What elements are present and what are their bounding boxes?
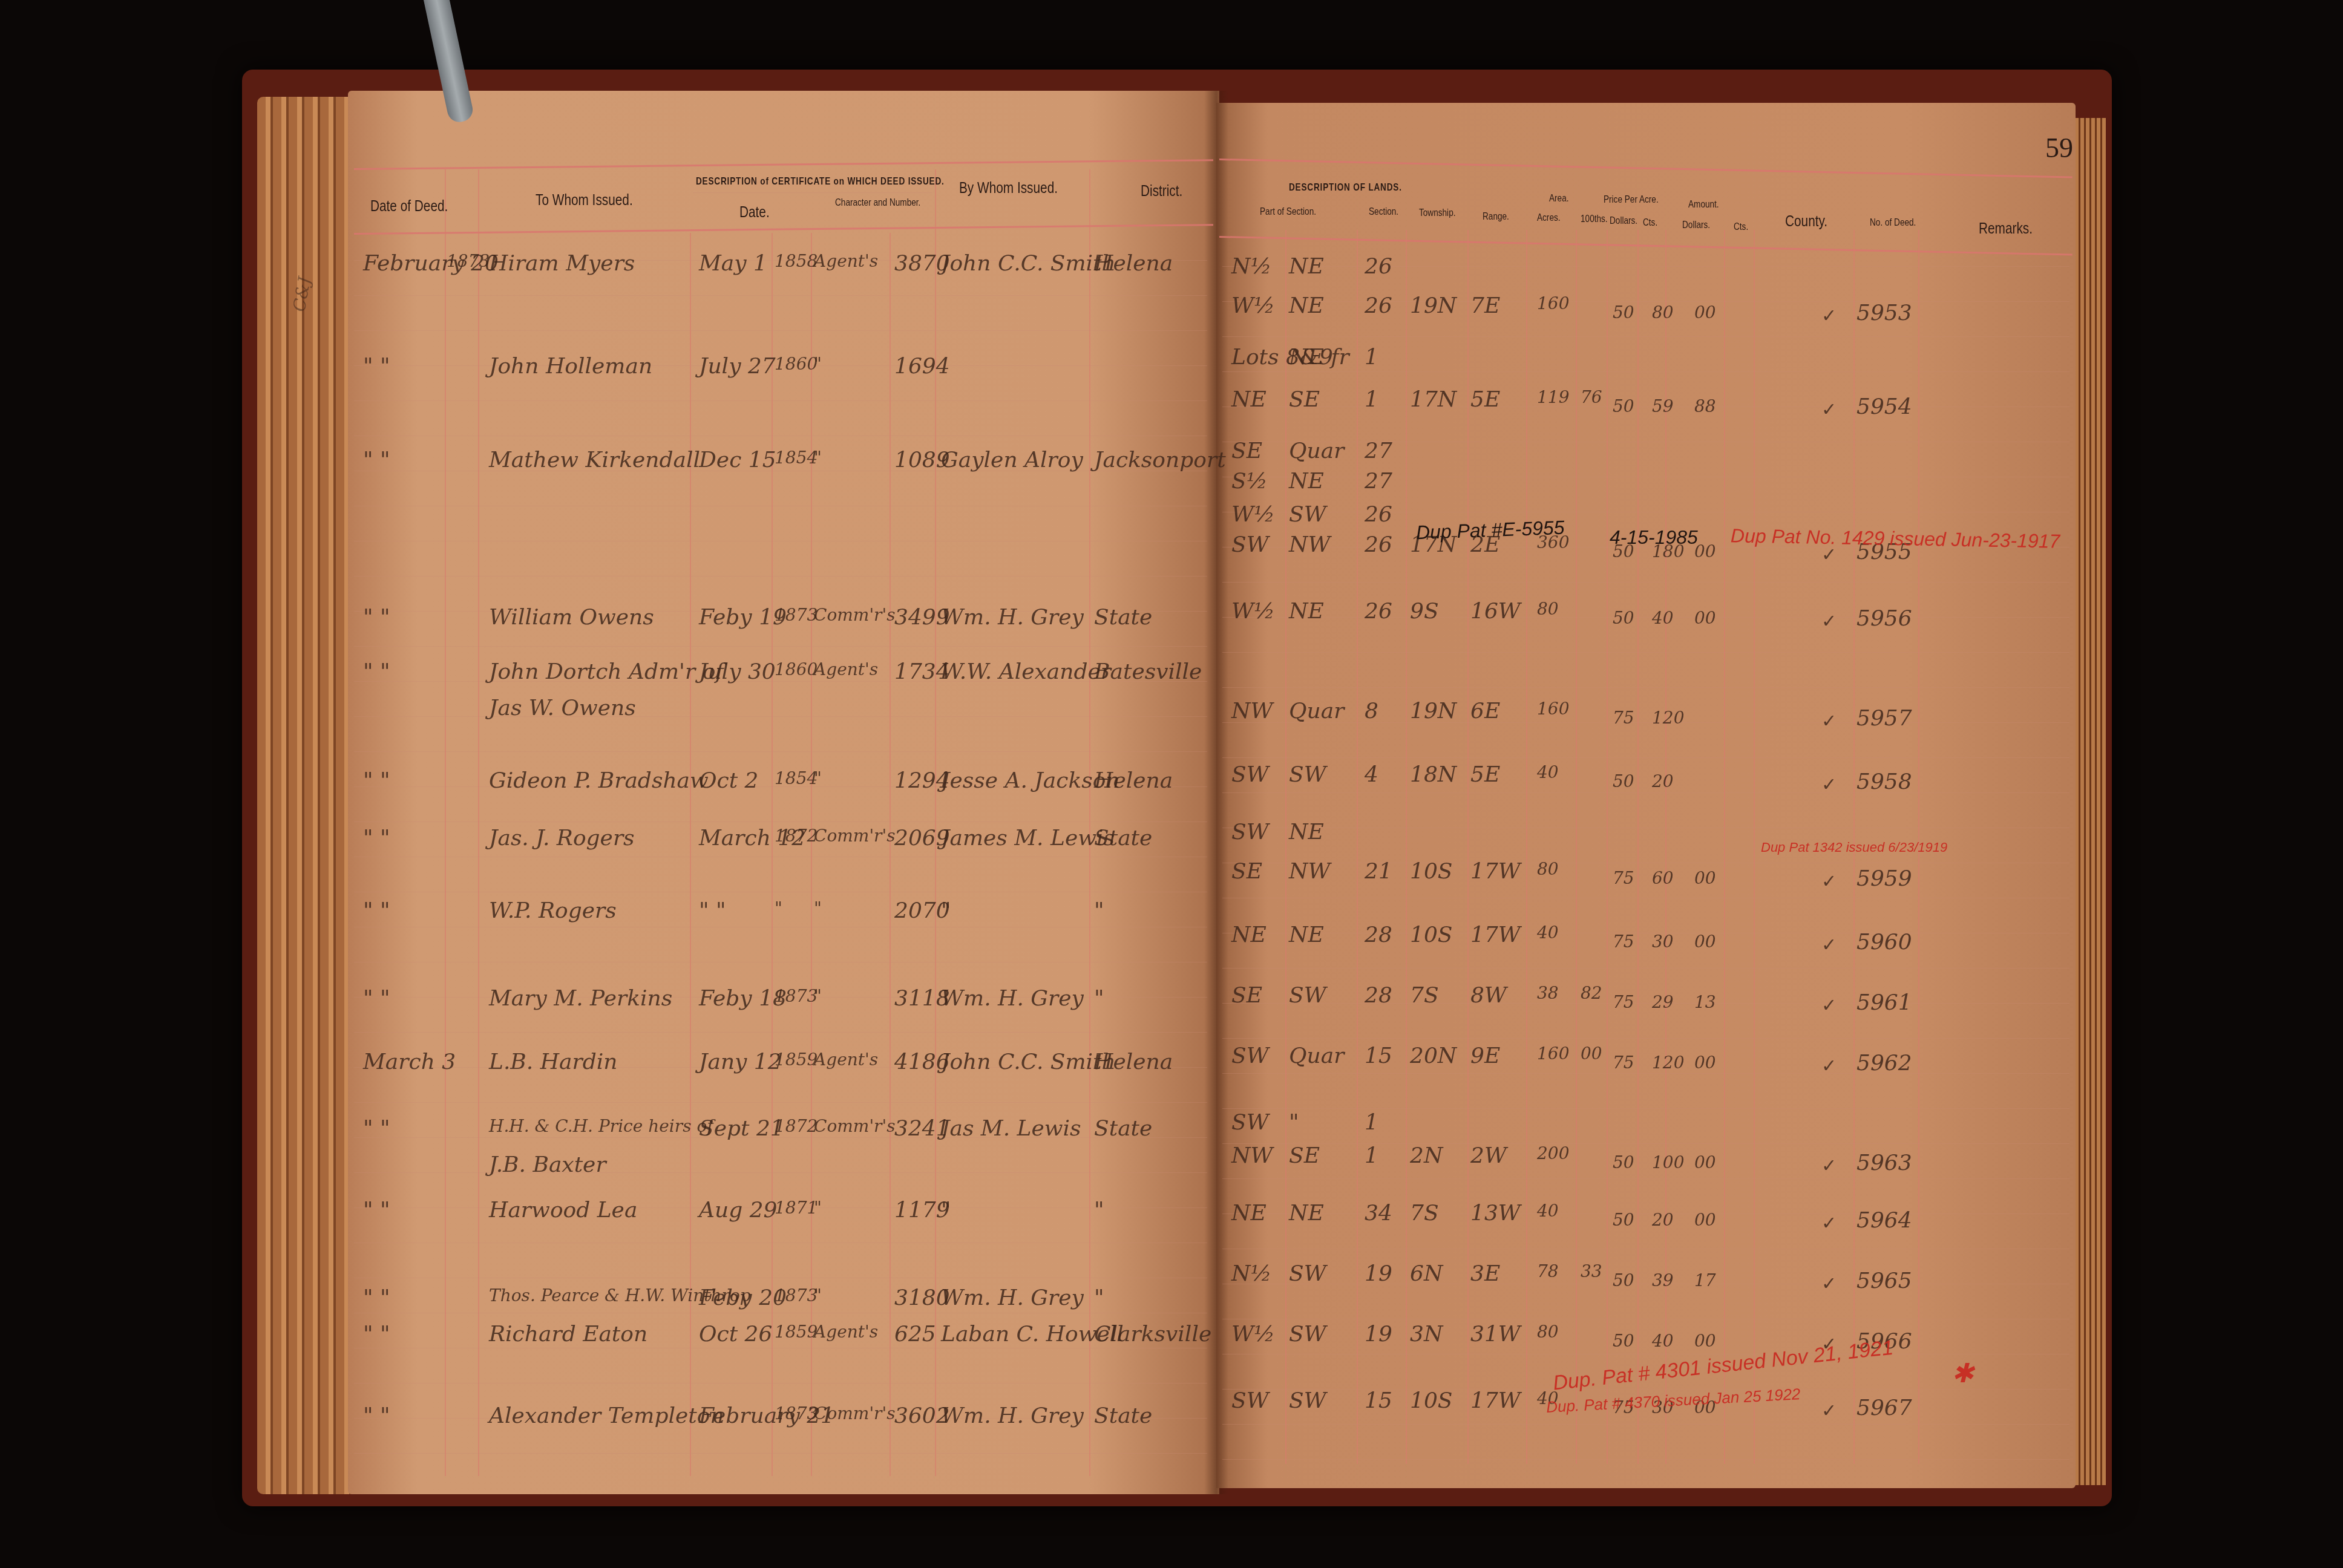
- part-of-section: SW: [1231, 1110, 1269, 1135]
- range: 9E: [1470, 1044, 1500, 1068]
- right-column-rule: [1406, 230, 1407, 1464]
- cert-character: ": [814, 1285, 822, 1305]
- faint-row-line: [1222, 898, 2069, 898]
- cert-date: July 30: [699, 659, 776, 684]
- cert-year: 1859: [775, 1322, 818, 1342]
- header-acres: Acres.: [1537, 212, 1561, 224]
- faint-row-line: [1222, 933, 2069, 933]
- quarter: Quar: [1289, 1044, 1344, 1068]
- cert-year: 1860: [775, 354, 818, 374]
- district: State: [1094, 1116, 1152, 1141]
- part-of-section: SE: [1231, 983, 1262, 1008]
- acres: 119: [1537, 387, 1569, 407]
- township: 7S: [1410, 983, 1439, 1008]
- section: 1: [1365, 345, 1378, 370]
- cert-year: 1872: [775, 826, 818, 846]
- faint-row-line: [354, 436, 1207, 436]
- cert-date: Dec 15: [699, 448, 776, 472]
- county-check-icon: ✓: [1821, 1273, 1837, 1295]
- faint-row-line: [1222, 301, 2069, 302]
- price-dollars: 50: [1613, 1210, 1634, 1230]
- grantee-name: Alexander Templeton: [489, 1403, 724, 1428]
- district: Helena: [1094, 1050, 1173, 1074]
- acres-hundredths: 33: [1581, 1261, 1602, 1281]
- amount-dollars: 00: [1694, 1152, 1716, 1172]
- faint-row-line: [1222, 1354, 2069, 1354]
- faint-row-line: [1222, 371, 2069, 372]
- deed-date: " ": [363, 605, 390, 630]
- right-column-rule: [1576, 230, 1577, 1464]
- district: ": [1094, 1198, 1104, 1223]
- price-dollars: 75: [1613, 992, 1634, 1012]
- acres: 160: [1537, 699, 1569, 719]
- cert-year: ": [775, 898, 782, 918]
- deed-number: 5961: [1856, 990, 1912, 1015]
- quarter: SW: [1289, 502, 1326, 527]
- deed-date: " ": [363, 354, 390, 379]
- county-check-icon: ✓: [1821, 995, 1837, 1016]
- faint-row-line: [1222, 968, 2069, 969]
- cert-date: Sept 21: [699, 1116, 784, 1141]
- header-amount-dollars: Dollars.: [1682, 219, 1710, 231]
- cert-year: 1872: [775, 1116, 818, 1136]
- cert-date: Feby 19: [699, 605, 787, 630]
- section: 27: [1365, 439, 1392, 463]
- range: 13W: [1470, 1201, 1521, 1226]
- acres: 160: [1537, 293, 1569, 313]
- district: State: [1094, 1403, 1152, 1428]
- amount-dollars: 00: [1694, 868, 1716, 888]
- grantee-name: Jas. J. Rogers: [489, 826, 635, 851]
- header-cert-date: Date.: [739, 203, 770, 221]
- faint-row-line: [354, 1032, 1207, 1033]
- page-number: 59: [2045, 132, 2073, 164]
- price-cents: 120: [1652, 1053, 1684, 1073]
- quarter: NW: [1289, 859, 1331, 884]
- part-of-section: SW: [1231, 1044, 1269, 1068]
- cert-number: 1694: [894, 354, 950, 379]
- district: State: [1094, 605, 1152, 630]
- faint-row-line: [1222, 1459, 2069, 1460]
- faint-row-line: [1222, 512, 2069, 512]
- county-check-icon: ✓: [1821, 711, 1837, 732]
- cert-year: 1873: [775, 1403, 818, 1423]
- header-character-number: Character and Number.: [835, 197, 920, 209]
- faint-row-line: [1222, 1284, 2069, 1284]
- range: 8W: [1470, 983, 1507, 1008]
- quarter: ": [1289, 1110, 1299, 1135]
- grantee-name: Mathew Kirkendall: [489, 448, 700, 472]
- annotation-red-5959: Dup Pat 1342 issued 6/23/1919: [1761, 840, 1947, 855]
- cert-character: Comm'r's: [814, 605, 896, 625]
- deed-number: 5963: [1856, 1151, 1912, 1175]
- right-page: [1216, 103, 2076, 1488]
- cert-date: Aug 29: [699, 1198, 777, 1223]
- header-hundredths: 100ths.: [1581, 213, 1608, 225]
- cert-date: " ": [699, 898, 726, 923]
- part-of-section: S½: [1231, 469, 1268, 494]
- issued-by: James M. Lewis: [941, 826, 1115, 851]
- deed-number: 5953: [1856, 301, 1912, 325]
- range: 17W: [1470, 1388, 1521, 1413]
- acres: 80: [1537, 1322, 1559, 1342]
- section: 15: [1365, 1044, 1392, 1068]
- section: 26: [1365, 293, 1392, 318]
- acres-hundredths: 76: [1581, 387, 1602, 407]
- quarter: SW: [1289, 1322, 1326, 1347]
- faint-row-line: [1222, 477, 2069, 477]
- faint-row-line: [1222, 442, 2069, 442]
- part-of-section: NW: [1231, 699, 1273, 724]
- quarter: Quar: [1289, 699, 1344, 724]
- faint-row-line: [354, 716, 1207, 717]
- range: 7E: [1470, 293, 1500, 318]
- section: 27: [1365, 469, 1392, 494]
- section: 1: [1365, 1143, 1378, 1168]
- issued-by: Wm. H. Grey: [941, 1285, 1084, 1310]
- district: ": [1094, 1285, 1104, 1310]
- deed-number: 5964: [1856, 1208, 1912, 1233]
- header-county: County.: [1785, 212, 1827, 230]
- issued-by: W.W. Alexander: [941, 659, 1111, 684]
- certificate-group-divider: [693, 192, 932, 193]
- range: 17W: [1470, 859, 1521, 884]
- county-check-icon: ✓: [1821, 1155, 1837, 1177]
- section: 28: [1365, 983, 1392, 1008]
- deed-date: " ": [363, 1403, 390, 1428]
- grantee-name: Richard Eaton: [489, 1322, 647, 1347]
- cert-date: July 27: [699, 354, 776, 379]
- deed-number: 5956: [1856, 606, 1912, 631]
- county-check-icon: ✓: [1821, 611, 1837, 632]
- faint-row-line: [1222, 1214, 2069, 1214]
- quarter: SE: [1289, 387, 1320, 412]
- deed-date: " ": [363, 1285, 390, 1310]
- faint-row-line: [354, 541, 1207, 541]
- range: 3E: [1470, 1261, 1500, 1286]
- right-column-rule: [1637, 230, 1639, 1464]
- range: 6E: [1470, 699, 1500, 724]
- price-cents: 30: [1652, 932, 1674, 952]
- faint-row-line: [354, 1383, 1207, 1383]
- district: ": [1094, 898, 1104, 923]
- quarter: SW: [1289, 1261, 1326, 1286]
- faint-row-line: [354, 1172, 1207, 1173]
- section: 8: [1365, 699, 1378, 724]
- acres: 40: [1537, 762, 1559, 782]
- header-by-whom-issued: By Whom Issued.: [959, 178, 1058, 197]
- deed-date: " ": [363, 1322, 390, 1347]
- quarter: SE: [1289, 1143, 1320, 1168]
- faint-row-line: [354, 857, 1207, 857]
- cert-year: 1873: [775, 986, 818, 1006]
- header-price-cents: Cts.: [1643, 217, 1657, 229]
- faint-row-line: [1222, 1424, 2069, 1425]
- price-cents: 39: [1652, 1270, 1674, 1290]
- acres: 38: [1537, 983, 1559, 1003]
- acres: 160: [1537, 1044, 1569, 1063]
- issued-by: John C.C. Smith: [941, 1050, 1116, 1074]
- quarter: NE: [1289, 820, 1324, 844]
- part-of-section: NW: [1231, 1143, 1273, 1168]
- part-of-section: N½: [1231, 254, 1271, 279]
- amount-dollars: 00: [1694, 1331, 1716, 1351]
- issued-by: ": [941, 1198, 951, 1223]
- grantee-name-line2: J.B. Baxter: [489, 1152, 606, 1177]
- grantee-name: Hiram Myers: [489, 251, 635, 276]
- faint-row-line: [354, 822, 1207, 822]
- deed-date: " ": [363, 826, 390, 851]
- issued-by: John C.C. Smith: [941, 251, 1116, 276]
- right-column-rule: [1607, 230, 1608, 1464]
- cert-date: Oct 2: [699, 768, 759, 793]
- faint-row-line: [1222, 1108, 2069, 1109]
- quarter: SW: [1289, 1388, 1326, 1413]
- county-check-icon: ✓: [1821, 1213, 1837, 1234]
- township: 20N: [1410, 1044, 1457, 1068]
- district: State: [1094, 826, 1152, 851]
- faint-row-line: [354, 506, 1207, 506]
- cert-year: 1854: [775, 448, 818, 468]
- part-of-section: SW: [1231, 532, 1269, 557]
- cert-date: Oct 26: [699, 1322, 772, 1347]
- faint-row-line: [354, 295, 1207, 296]
- cert-date: May 1: [699, 251, 767, 276]
- cert-character: ": [814, 448, 822, 468]
- header-remarks: Remarks.: [1979, 219, 2033, 238]
- grantee-name: Harwood Lea: [489, 1198, 637, 1223]
- part-of-section: W½: [1231, 502, 1275, 527]
- faint-row-line: [354, 330, 1207, 331]
- faint-row-line: [1222, 407, 2069, 407]
- district: Batesville: [1094, 659, 1202, 684]
- cert-year: 1854: [775, 768, 818, 788]
- faint-row-line: [354, 1348, 1207, 1348]
- amount-dollars: 17: [1694, 1270, 1716, 1290]
- range: 2W: [1470, 1143, 1507, 1168]
- header-part-of-section: Part of Section.: [1260, 206, 1316, 218]
- deed-date: March 3: [363, 1050, 456, 1074]
- faint-row-line: [1222, 722, 2069, 723]
- header-price-per-acre: Price Per Acre.: [1604, 194, 1659, 206]
- header-description-of-lands: DESCRIPTION OF LANDS.: [1289, 181, 1402, 194]
- township: 3N: [1410, 1322, 1443, 1347]
- faint-row-line: [354, 1243, 1207, 1243]
- amount-dollars: 00: [1694, 1210, 1716, 1230]
- faint-row-line: [1222, 792, 2069, 793]
- cert-number: 625: [894, 1322, 936, 1347]
- cert-year: 1859: [775, 1050, 818, 1070]
- section: 26: [1365, 502, 1392, 527]
- faint-row-line: [1222, 1178, 2069, 1179]
- faint-row-line: [1222, 617, 2069, 618]
- deed-date: " ": [363, 1116, 390, 1141]
- acres: 78: [1537, 1261, 1559, 1281]
- cert-character: ": [814, 898, 822, 918]
- township: 17N: [1410, 387, 1457, 412]
- faint-row-line: [354, 927, 1207, 927]
- faint-row-line: [1222, 336, 2069, 337]
- price-cents: 120: [1652, 708, 1684, 728]
- section: 19: [1365, 1322, 1392, 1347]
- cert-character: Comm'r's: [814, 1403, 896, 1423]
- faint-row-line: [1222, 1249, 2069, 1249]
- red-asterisk-mark-icon: ✱: [1951, 1358, 1974, 1389]
- section: 26: [1365, 532, 1392, 557]
- quarter: NE fr: [1289, 345, 1349, 370]
- issued-by: Wm. H. Grey: [941, 605, 1084, 630]
- faint-row-line: [1222, 266, 2069, 267]
- district: Jacksonport: [1094, 448, 1226, 472]
- grantee-name: Gideon P. Bradshaw: [489, 768, 709, 793]
- faint-row-line: [354, 751, 1207, 752]
- acres: 200: [1537, 1143, 1569, 1163]
- header-to-whom-issued: To Whom Issued.: [536, 191, 633, 209]
- deed-number: 5959: [1856, 866, 1912, 891]
- price-dollars: 50: [1613, 302, 1634, 322]
- right-column-rule: [1724, 230, 1725, 1464]
- price-dollars: 75: [1613, 932, 1634, 952]
- range: 5E: [1470, 387, 1500, 412]
- faint-row-line: [354, 962, 1207, 962]
- price-dollars: 50: [1613, 1270, 1634, 1290]
- acres: 80: [1537, 599, 1559, 619]
- cert-character: ": [814, 1198, 822, 1218]
- price-cents: 29: [1652, 992, 1674, 1012]
- price-cents: 80: [1652, 302, 1674, 322]
- right-column-rule: [1526, 230, 1527, 1464]
- part-of-section: N½: [1231, 1261, 1271, 1286]
- acres: 80: [1537, 859, 1559, 879]
- annotation-date-pen: 4-15-1985: [1610, 526, 1698, 549]
- county-check-icon: ✓: [1821, 305, 1837, 327]
- grantee-name: W.P. Rogers: [489, 898, 617, 923]
- issued-by: Wm. H. Grey: [941, 1403, 1084, 1428]
- quarter: SW: [1289, 762, 1326, 787]
- part-of-section: NE: [1231, 1201, 1267, 1226]
- faint-row-line: [1222, 582, 2069, 583]
- price-dollars: 50: [1613, 771, 1634, 791]
- acres-hundredths: 00: [1581, 1044, 1602, 1063]
- cert-character: ": [814, 354, 822, 374]
- cert-character: ": [814, 768, 822, 788]
- quarter: Quar: [1289, 439, 1344, 463]
- grantee-name: H.H. & C.H. Price heirs of: [489, 1116, 713, 1136]
- cert-character: Agent's: [814, 251, 878, 271]
- district: Helena: [1094, 768, 1173, 793]
- deed-number: 5960: [1856, 930, 1912, 955]
- part-of-section: SW: [1231, 762, 1269, 787]
- deed-number: 5957: [1856, 706, 1912, 731]
- acres: 40: [1537, 923, 1559, 942]
- part-of-section: NE: [1231, 923, 1267, 947]
- faint-row-line: [1222, 687, 2069, 688]
- header-township: Township.: [1419, 207, 1455, 219]
- county-check-icon: ✓: [1821, 871, 1837, 892]
- district: Helena: [1094, 251, 1173, 276]
- grantee-name: L.B. Hardin: [489, 1050, 618, 1074]
- price-cents: 40: [1652, 608, 1674, 628]
- issued-by: Jesse A. Jackson: [941, 768, 1120, 793]
- cert-character: Agent's: [814, 1050, 878, 1070]
- cert-year: 1871: [775, 1198, 818, 1218]
- township: 9S: [1410, 599, 1439, 624]
- quarter: NE: [1289, 1201, 1324, 1226]
- price-dollars: 50: [1613, 1152, 1634, 1172]
- section: 15: [1365, 1388, 1392, 1413]
- range: 31W: [1470, 1322, 1521, 1347]
- faint-row-line: [354, 646, 1207, 647]
- right-column-rule: [1285, 230, 1286, 1464]
- township: 10S: [1410, 859, 1452, 884]
- section: 28: [1365, 923, 1392, 947]
- township: 19N: [1410, 699, 1457, 724]
- deed-date: " ": [363, 768, 390, 793]
- part-of-section: W½: [1231, 599, 1275, 624]
- price-cents: 60: [1652, 868, 1674, 888]
- deed-date: " ": [363, 659, 390, 684]
- district: Clarksville: [1094, 1322, 1211, 1347]
- price-dollars: 50: [1613, 1331, 1634, 1351]
- deed-number: 5958: [1856, 769, 1912, 794]
- faint-row-line: [1222, 1038, 2069, 1039]
- faint-row-line: [354, 1453, 1207, 1454]
- right-column-rule: [1754, 230, 1755, 1464]
- section: 26: [1365, 599, 1392, 624]
- quarter: NE: [1289, 254, 1324, 279]
- quarter: NE: [1289, 923, 1324, 947]
- amount-dollars: 00: [1694, 608, 1716, 628]
- header-certificate-group: DESCRIPTION of CERTIFICATE on WHICH DEED…: [696, 175, 945, 188]
- price-dollars: 50: [1613, 608, 1634, 628]
- grantee-name: John Dortch Adm'r of: [489, 659, 724, 684]
- header-range: Range.: [1483, 211, 1509, 223]
- cert-character: Comm'r's: [814, 826, 896, 846]
- township: 2N: [1410, 1143, 1443, 1168]
- township: 7S: [1410, 1201, 1439, 1226]
- cert-year: 1860: [775, 659, 818, 679]
- deed-number: 5967: [1856, 1396, 1912, 1420]
- township: 19N: [1410, 293, 1457, 318]
- header-price-dollars: Dollars.: [1610, 215, 1637, 227]
- amount-dollars: 88: [1694, 396, 1716, 416]
- cert-date: Feby 20: [699, 1285, 787, 1310]
- deed-number: 5954: [1856, 394, 1912, 419]
- quarter: NW: [1289, 532, 1331, 557]
- township: 6N: [1410, 1261, 1443, 1286]
- county-check-icon: ✓: [1821, 774, 1837, 795]
- grantee-name-line2: Jas W. Owens: [489, 696, 636, 720]
- right-column-rule: [1357, 230, 1358, 1464]
- price-dollars: 50: [1613, 396, 1634, 416]
- township: 10S: [1410, 1388, 1452, 1413]
- issued-by: Wm. H. Grey: [941, 986, 1084, 1011]
- cert-date: Feby 18: [699, 986, 787, 1011]
- township: 18N: [1410, 762, 1457, 787]
- price-dollars: 75: [1613, 708, 1634, 728]
- header-date-of-deed: Date of Deed.: [370, 197, 448, 215]
- faint-row-line: [354, 1102, 1207, 1103]
- price-cents: 59: [1652, 396, 1674, 416]
- left-column-rule: [890, 233, 891, 1476]
- county-check-icon: ✓: [1821, 399, 1837, 420]
- faint-row-line: [1222, 1003, 2069, 1004]
- section: 26: [1365, 254, 1392, 279]
- issued-by: ": [941, 898, 951, 923]
- deed-year: 1873: [447, 251, 490, 271]
- faint-row-line: [354, 576, 1207, 577]
- price-dollars: 75: [1613, 868, 1634, 888]
